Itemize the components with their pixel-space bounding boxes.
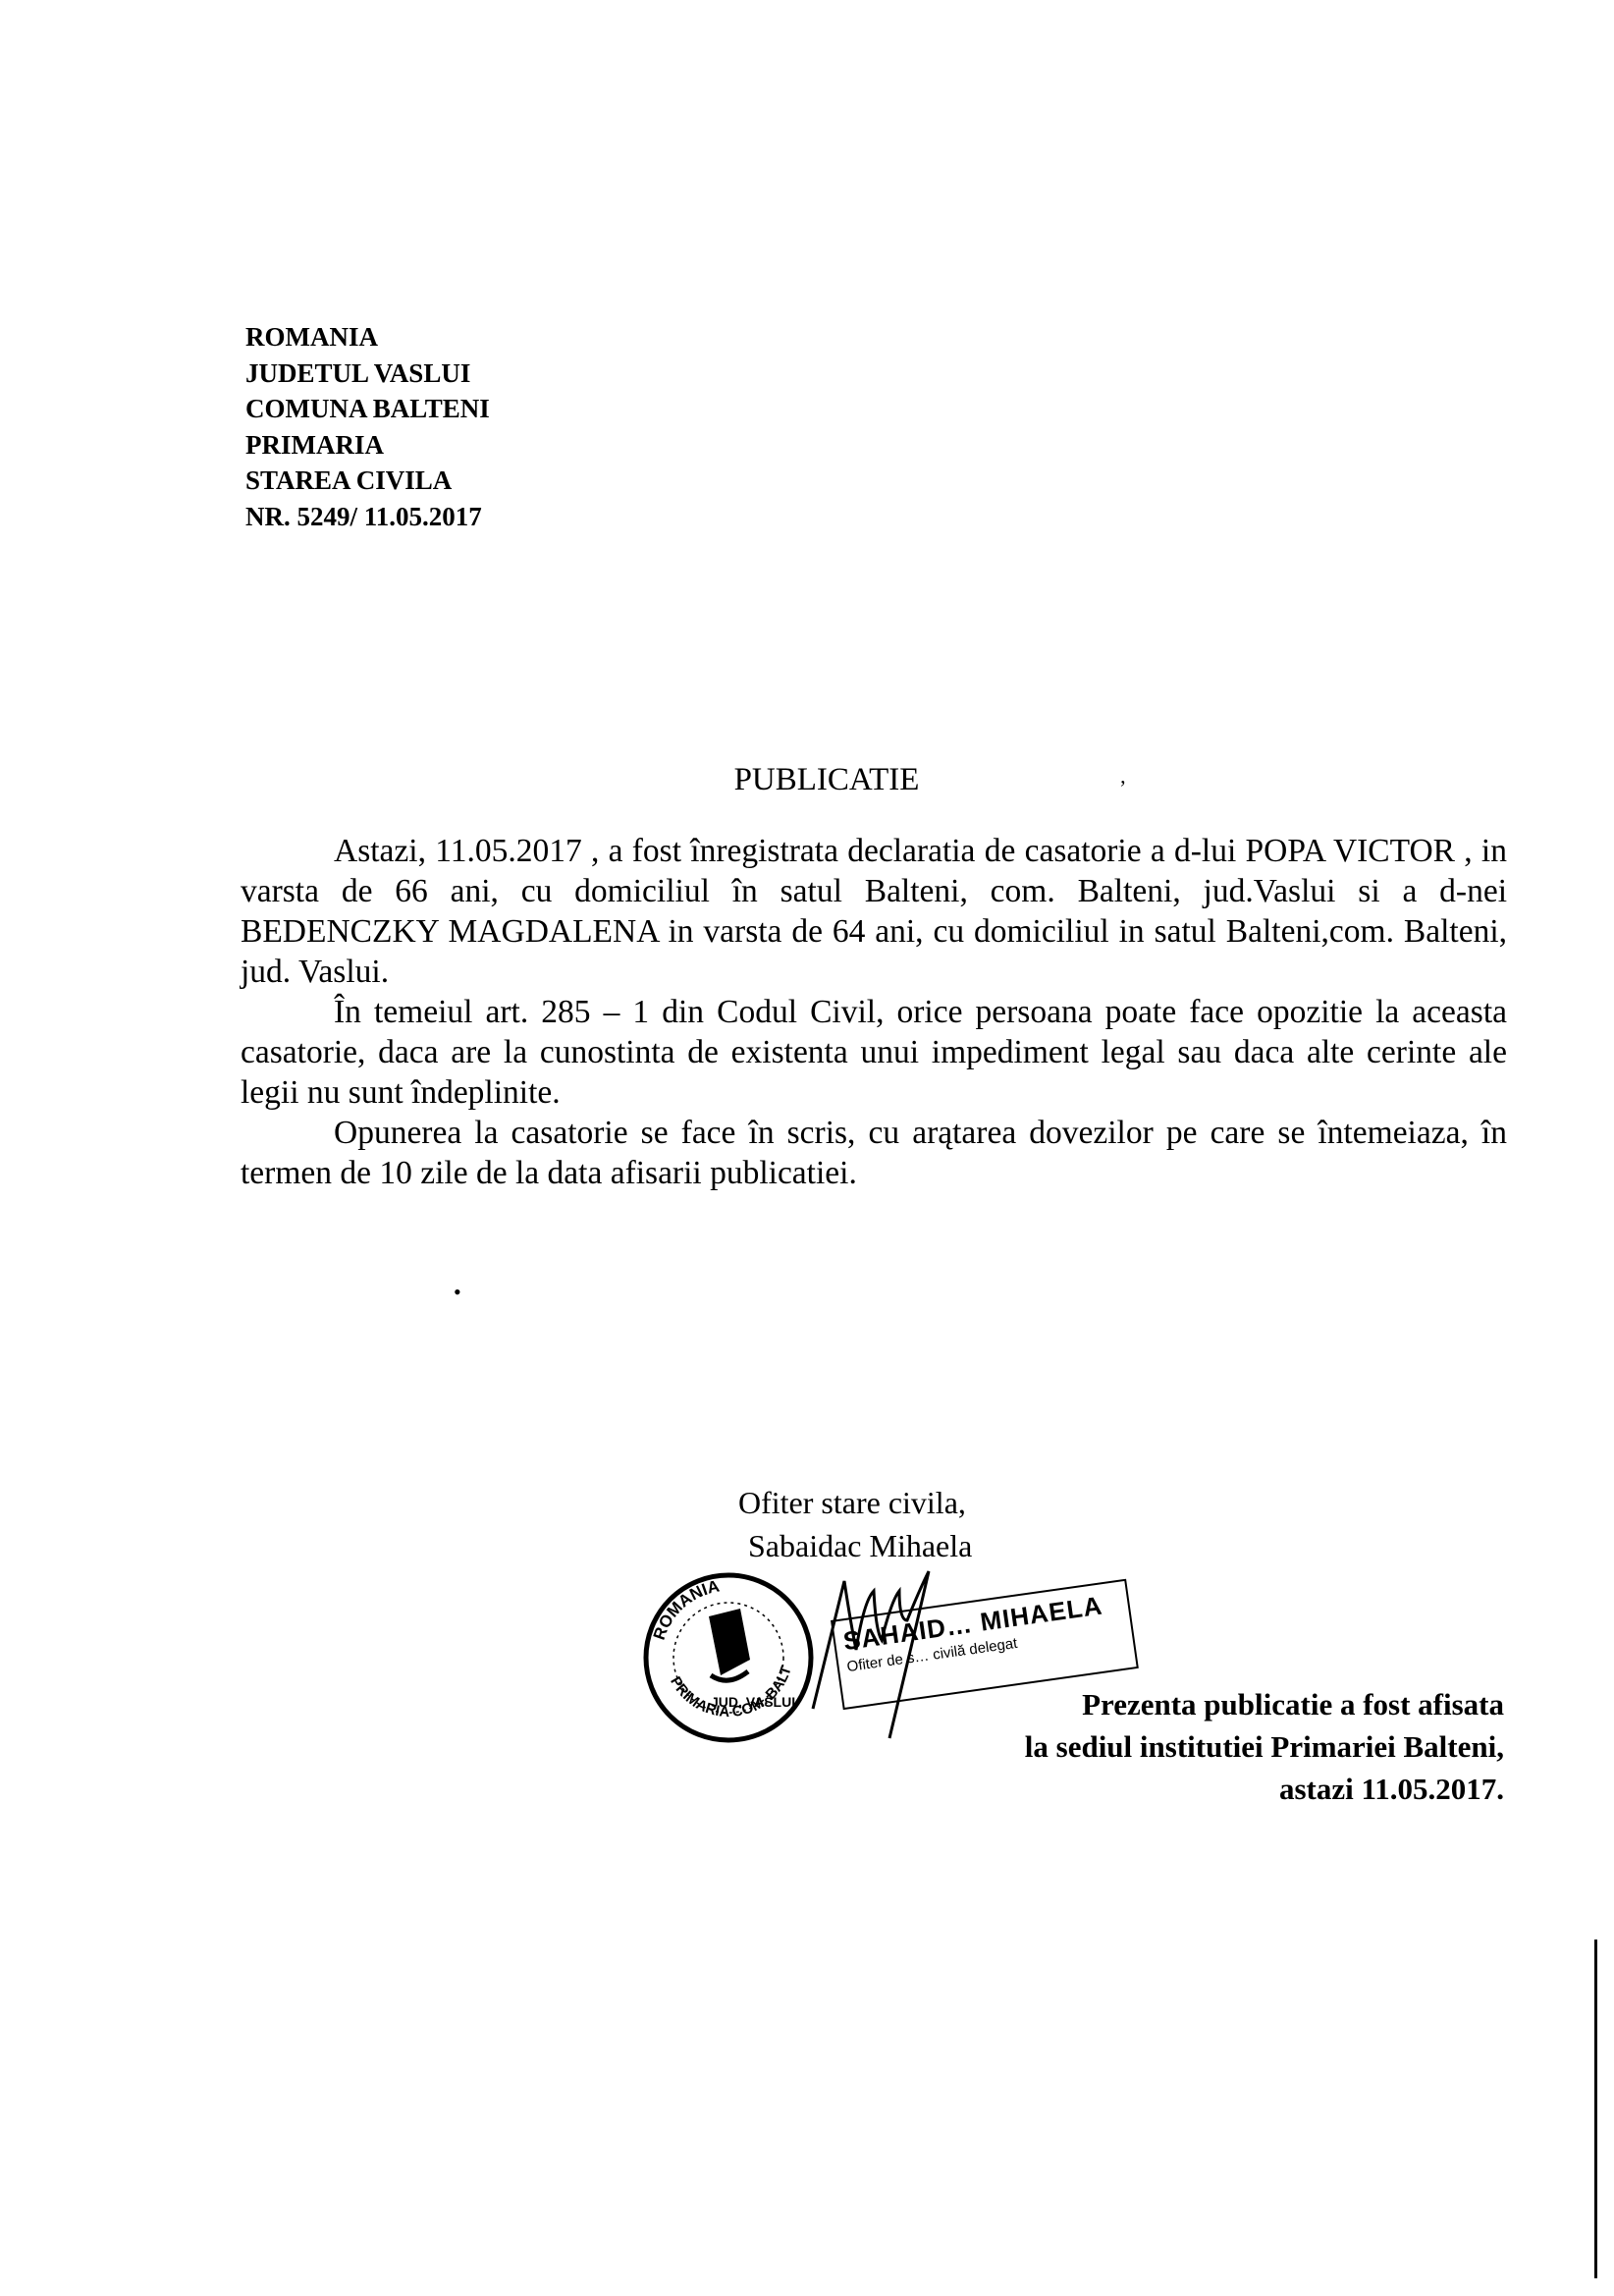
header-county: JUDETUL VASLUI <box>245 355 490 392</box>
signature-block: Ofiter stare civila, Sabaidac Mihaela <box>738 1481 972 1567</box>
issuer-header: ROMANIA JUDETUL VASLUI COMUNA BALTENI PR… <box>245 319 490 534</box>
header-commune: COMUNA BALTENI <box>245 391 490 427</box>
handwritten-signature-icon <box>805 1561 942 1748</box>
posting-date: astazi 11.05.2017. <box>1025 1768 1504 1810</box>
paragraph-opposition: Opunerea la casatorie se face în scris, … <box>241 1113 1507 1193</box>
document-body: Astazi, 11.05.2017 , a fost înregistrata… <box>241 831 1507 1193</box>
document-title: PUBLICATIE <box>0 762 1614 798</box>
signer-role: Ofiter stare civila, <box>738 1481 972 1524</box>
paragraph-legal-basis: În temeiul art. 285 – 1 din Codul Civil,… <box>241 992 1507 1113</box>
scan-mark: • <box>454 1280 461 1305</box>
header-country: ROMANIA <box>245 319 490 355</box>
paragraph-declaration: Astazi, 11.05.2017 , a fost înregistrata… <box>241 831 1507 992</box>
posting-line-2: la sediul institutiei Primariei Balteni, <box>1025 1725 1504 1768</box>
posting-line-1: Prezenta publicatie a fost afisata <box>1025 1683 1504 1725</box>
header-office: PRIMARIA <box>245 427 490 464</box>
header-department: STAREA CIVILA <box>245 463 490 499</box>
round-seal-stamp-icon: ROMANIA PRIMARIA COM. BALTENI JUD. VASLU… <box>640 1569 817 1746</box>
scan-mark: ʼ <box>1119 776 1126 801</box>
header-reference-number: NR. 5249/ 11.05.2017 <box>245 499 490 535</box>
posting-notice: Prezenta publicatie a fost afisata la se… <box>1025 1683 1504 1810</box>
scan-edge-line <box>1594 1940 1597 2278</box>
document-title-text: PUBLICATIE <box>734 762 920 797</box>
svg-text:JUD. VASLUI: JUD. VASLUI <box>711 1694 795 1710</box>
